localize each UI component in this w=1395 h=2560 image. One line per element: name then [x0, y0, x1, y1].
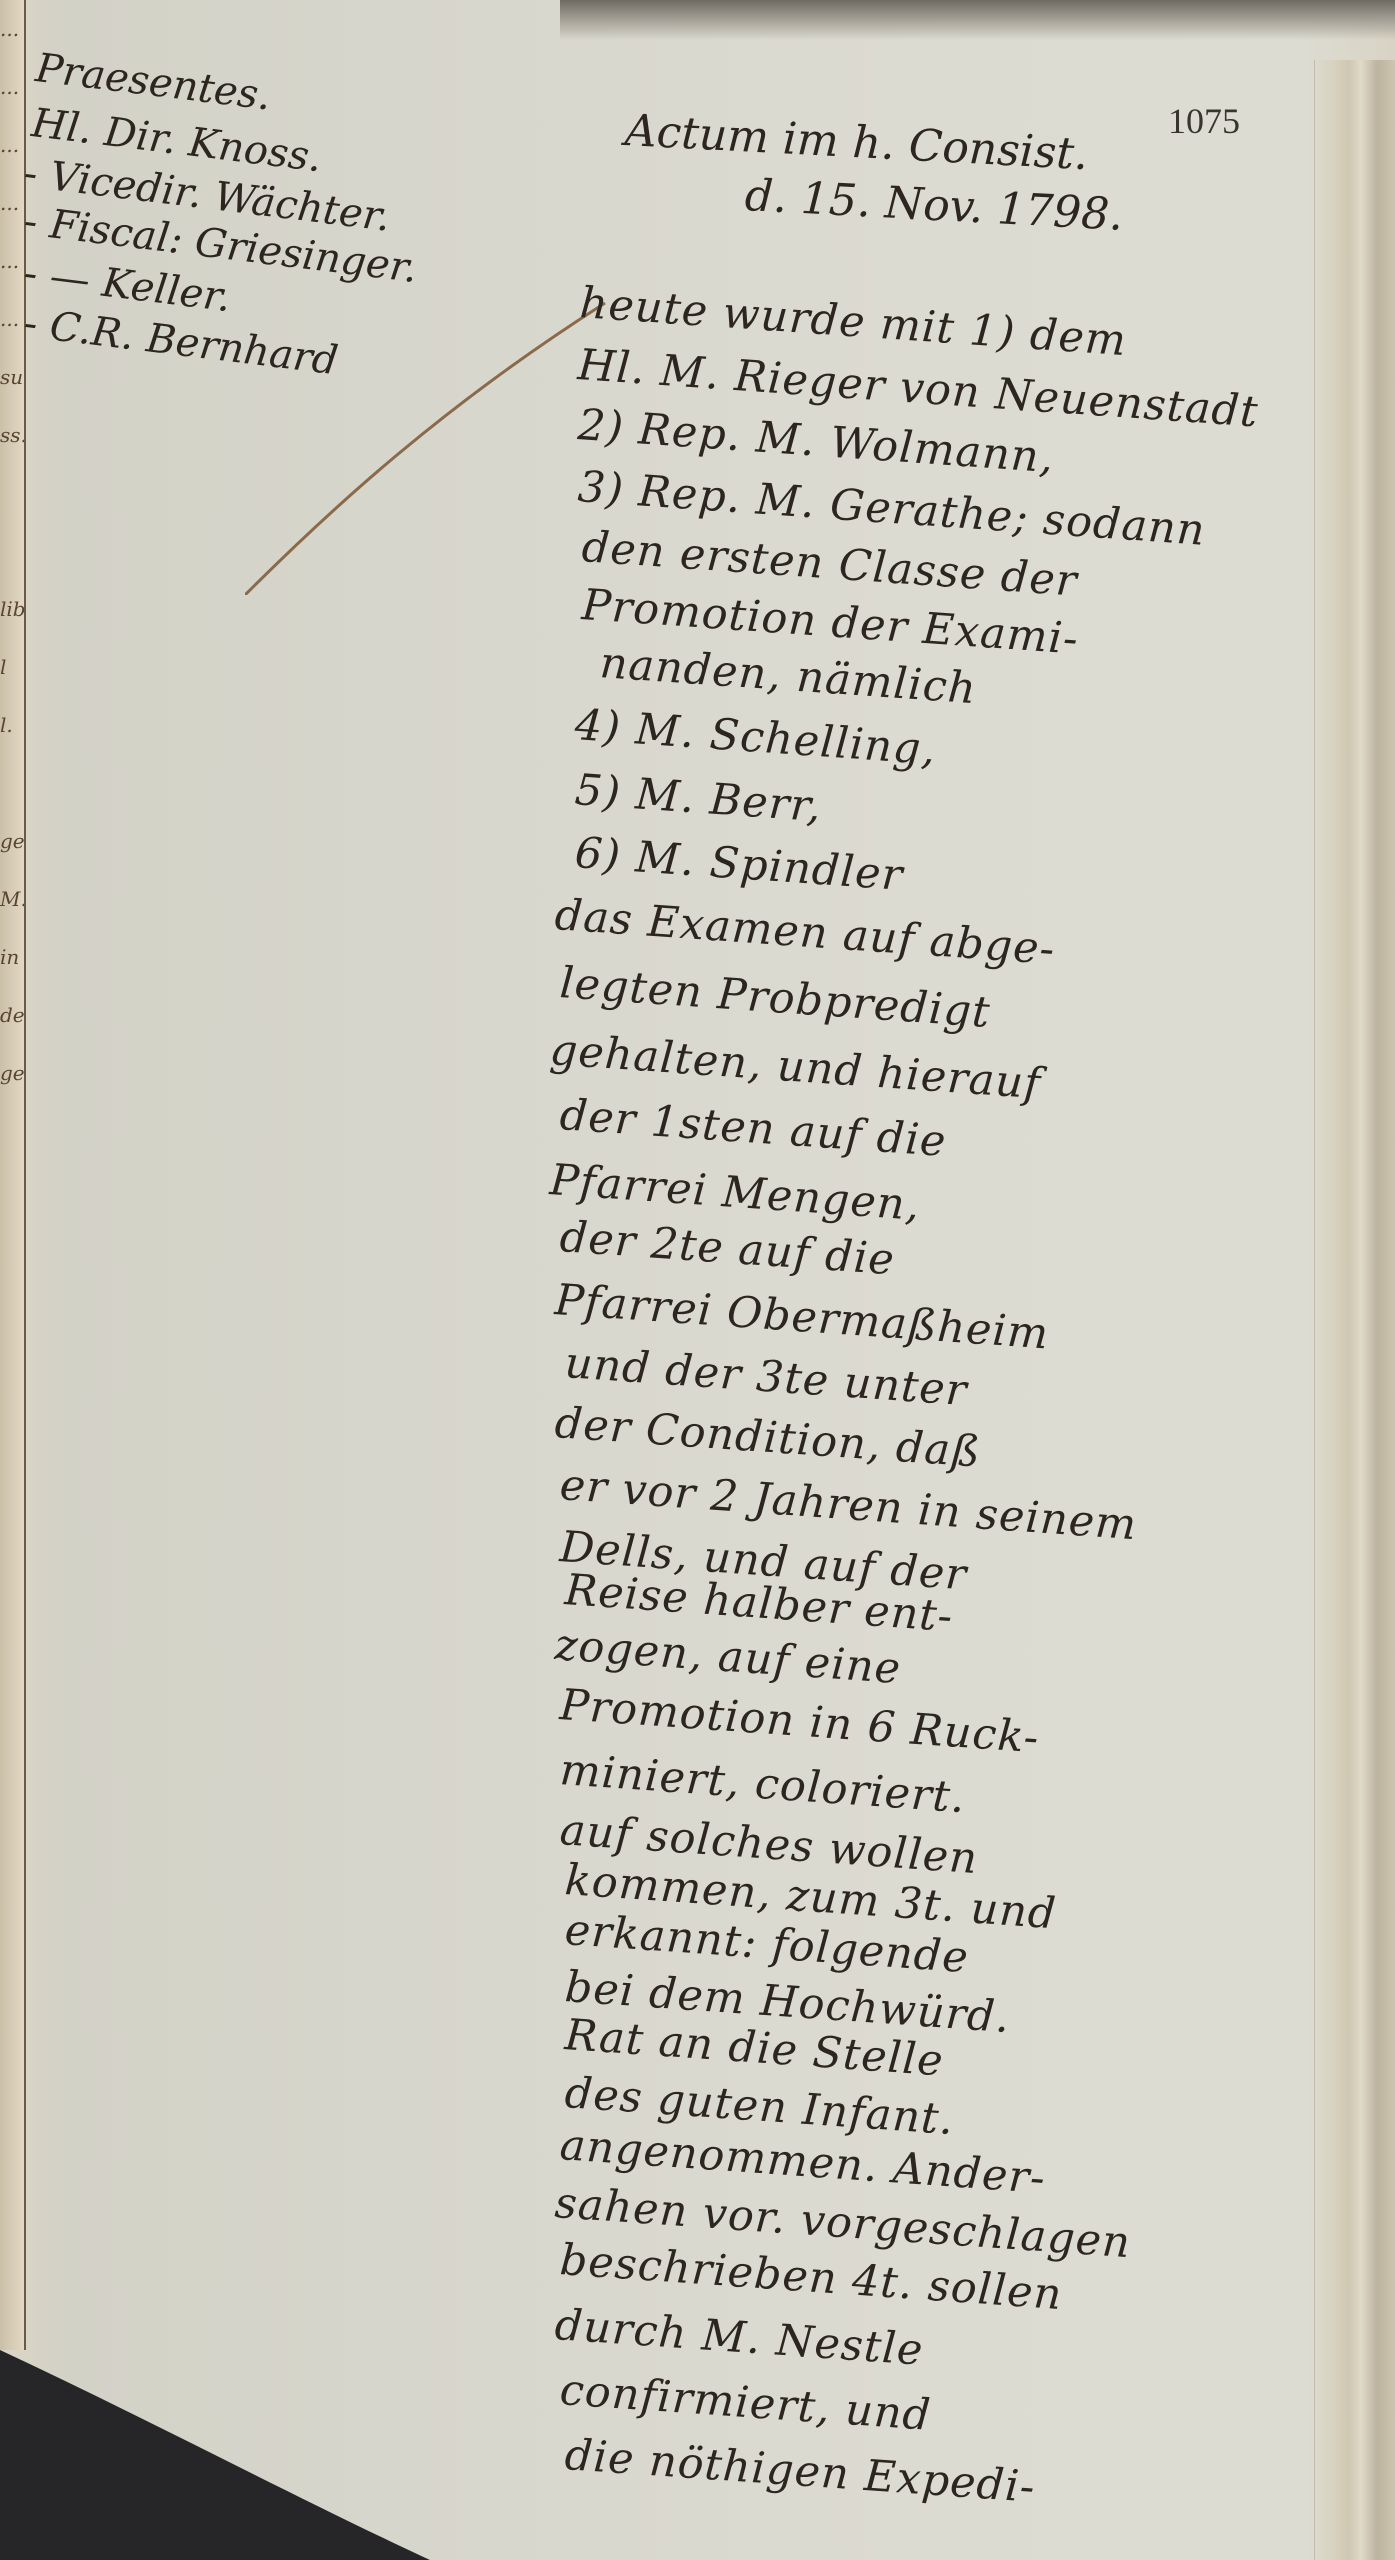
previous-page-text-fragment: ... ... ... ... ... ... su ss. lib. l l.… — [0, 0, 24, 1102]
protocol-heading: Actum im h. Consist. — [624, 105, 1090, 180]
body-line: confirmiert, und — [558, 2365, 933, 2441]
body-line: 5) M. Berr, — [573, 765, 823, 832]
body-line: 6) M. Spindler — [573, 828, 905, 901]
manuscript-page: ... ... ... ... ... ... su ss. lib. l l.… — [0, 0, 1395, 2560]
book-binding-shadow — [560, 0, 1395, 40]
stacked-page-edges — [1314, 60, 1395, 2560]
previous-page-edge: ... ... ... ... ... ... su ss. lib. l l.… — [0, 0, 26, 2350]
body-line: der 1sten auf die — [558, 1090, 948, 1167]
folio-number: 1075 — [1168, 100, 1240, 142]
reference-stroke — [245, 295, 615, 595]
protocol-date: d. 15. Nov. 1798. — [744, 170, 1125, 241]
body-line: 4) M. Schelling, — [573, 700, 938, 775]
body-line: die nöthigen Expedi- — [563, 2430, 1037, 2513]
body-line: durch M. Nestle — [553, 2300, 925, 2376]
body-line: legten Probpredigt — [558, 958, 992, 1038]
